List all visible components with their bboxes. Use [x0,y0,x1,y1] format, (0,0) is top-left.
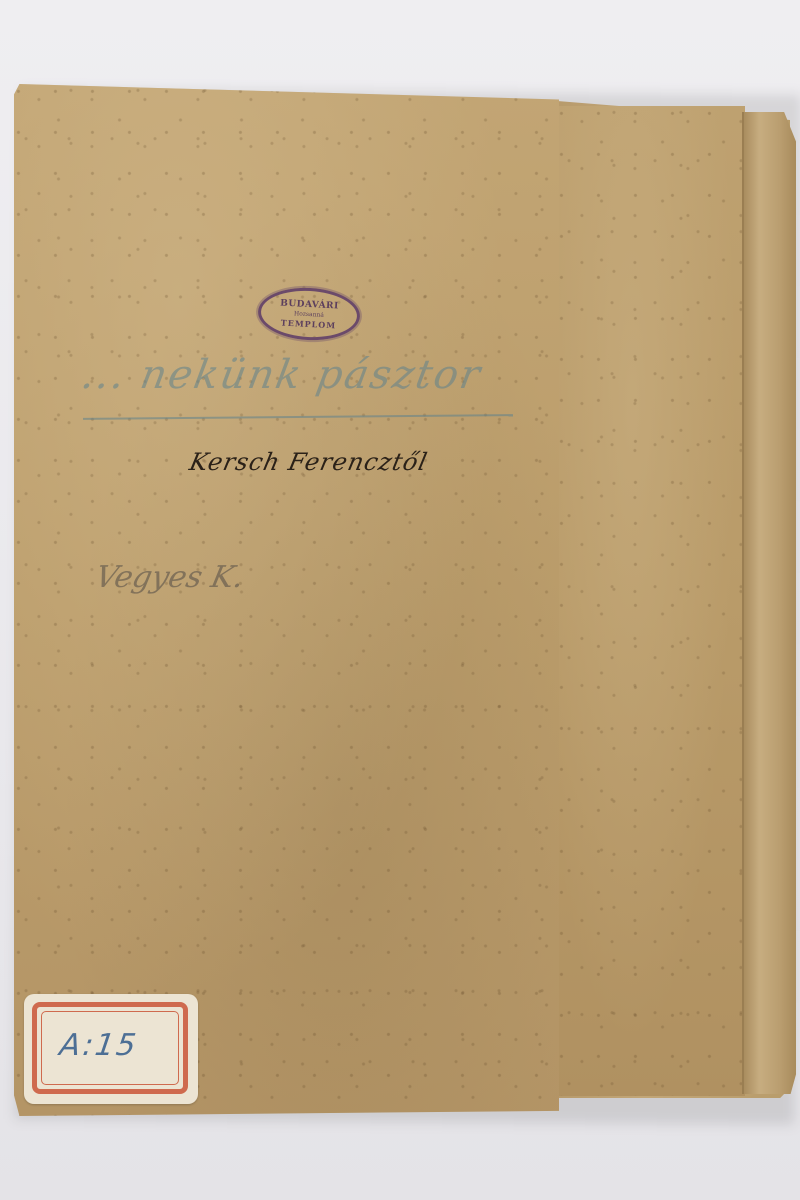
catalog-label: A:15 [24,994,198,1104]
stamp-line-3: TEMPLOM [281,318,337,329]
catalog-number: A:15 [58,1028,140,1063]
folder-right-panel [556,106,745,1096]
paper-speckle [557,106,745,1096]
folder-front-cover [14,84,559,1116]
stamp-line-2: Hozsanná [294,311,324,319]
pencil-note: Vegyes K. [92,560,247,595]
paper-speckle [14,84,559,1116]
stamp-line-1: BUDAVÁRI [280,299,339,311]
handwritten-author: Kersch Ferencztől [187,448,430,476]
handwritten-title: ... nekünk pásztor [78,352,526,398]
folder-spine-flap [742,112,796,1094]
